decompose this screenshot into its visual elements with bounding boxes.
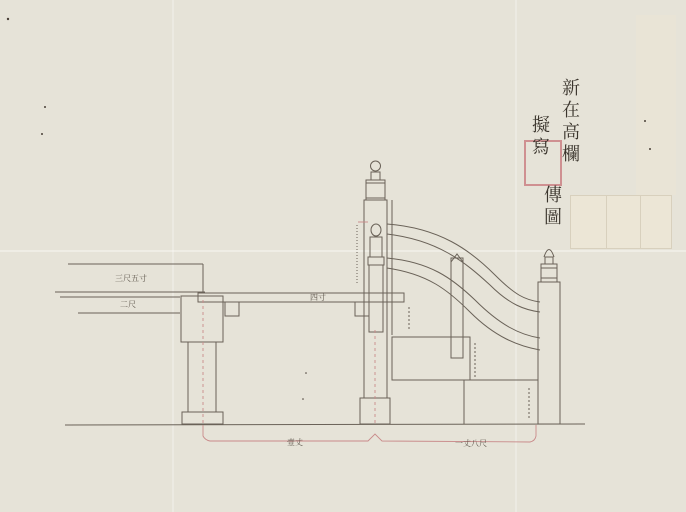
elevation-drawing: 三尺五寸 二尺 四寸 壹丈 一丈八尺 [0,0,686,512]
label-beam-center: 四寸 [310,292,326,302]
right-post-short [538,282,560,424]
center-post-tall [364,200,387,398]
label-upper-beam: 三尺五寸 [115,273,147,283]
horizontal-beam [198,293,404,302]
ground-line [65,424,585,425]
label-dimension-right: 一丈八尺 [455,438,487,448]
left-post [188,342,216,412]
paper-sheet: 新在高欄 擬寫 傳圖 [0,0,686,512]
label-dimension-left: 壹丈 [287,437,303,447]
label-lower-beam: 二尺 [120,300,136,309]
left-post-base [182,412,223,424]
left-cap-block [181,296,223,342]
